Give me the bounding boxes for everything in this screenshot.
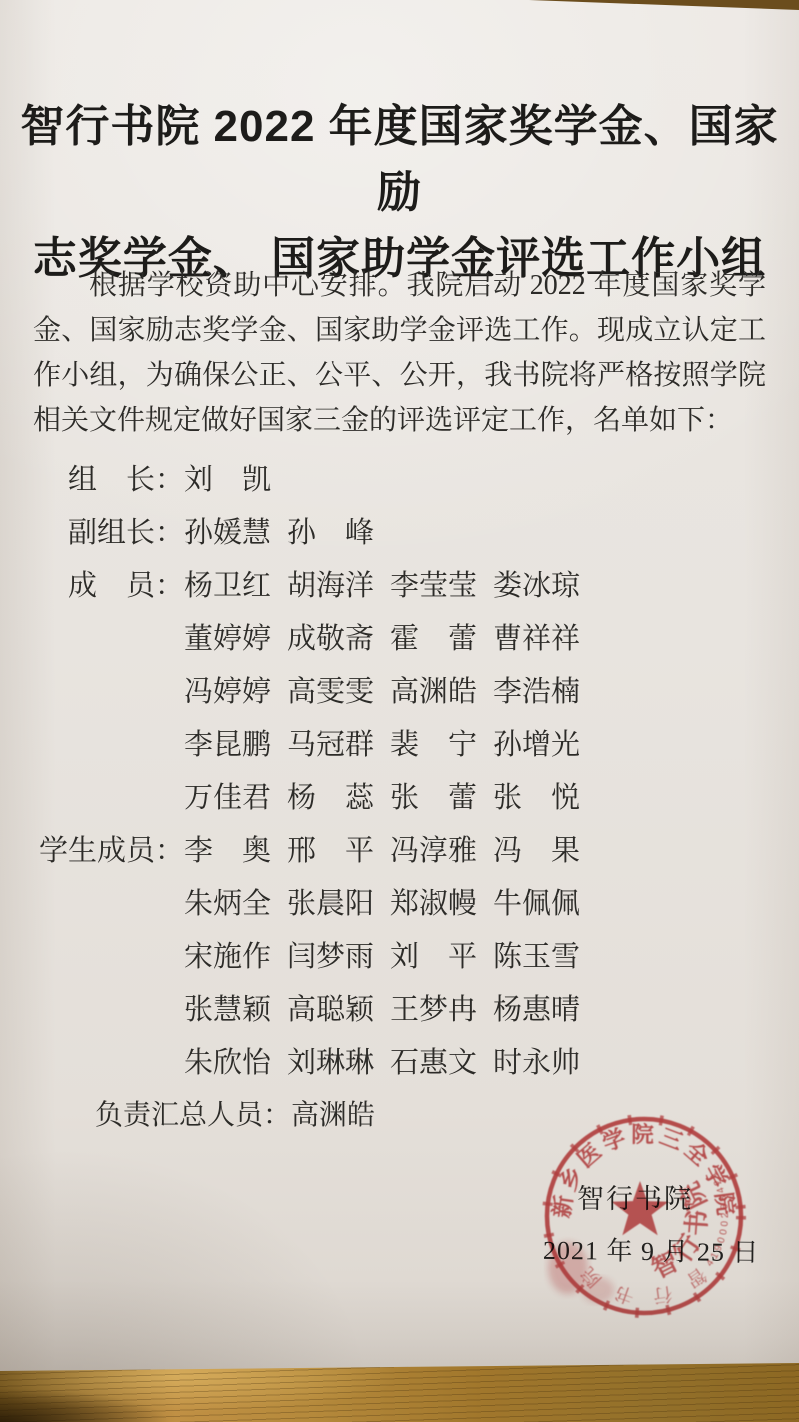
role-label: 副组长：	[38, 510, 184, 551]
member-name: 杨惠晴	[493, 987, 581, 1028]
member-name: 成敬斋	[287, 616, 375, 657]
member-name: 王梦冉	[390, 987, 478, 1028]
member-name: 刘琳琳	[287, 1040, 375, 1081]
role-label: 成 员：	[38, 563, 184, 604]
role-label: 组 长：	[38, 457, 184, 498]
roster-row: 学生成员：李 奥邢 平冯淳雅冯 果	[38, 822, 779, 875]
member-name: 郑淑幔	[390, 881, 478, 922]
member-name: 闫梦雨	[287, 934, 375, 975]
member-name: 李 奥	[184, 828, 272, 869]
member-name: 朱炳全	[184, 881, 272, 922]
roster-row: 张慧颖高聪颖王梦冉杨惠晴	[38, 981, 779, 1034]
title-line-1: 智行书院 2022 年度国家奖学金、国家励	[0, 94, 799, 226]
member-name: 邢 平	[287, 828, 375, 869]
roster-row: 朱欣怡刘琳琳石惠文时永帅	[38, 1034, 779, 1087]
roster-row: 冯婷婷高雯雯高渊皓李浩楠	[38, 663, 779, 716]
member-name: 冯淳雅	[390, 828, 478, 869]
member-name: 杨卫红	[184, 563, 272, 604]
member-name: 牛佩佩	[493, 881, 581, 922]
member-name: 高雯雯	[287, 669, 375, 710]
roster-row: 万佳君杨 蕊张 蕾张 悦	[38, 769, 779, 822]
seal-smudge	[548, 1242, 588, 1294]
roster-row: 朱炳全张晨阳郑淑幔牛佩佩	[38, 875, 779, 928]
member-name: 李浩楠	[493, 669, 581, 710]
intro-paragraph: 根据学校资助中心安排。我院启动 2022 年度国家奖学金、国家励志奖学金、国家助…	[33, 263, 766, 443]
seal-inner-text: 智行书院	[647, 1172, 713, 1284]
roster-row: 董婷婷成敬斋霍 蕾曹祥祥	[38, 610, 779, 663]
member-name: 裴 宁	[390, 722, 478, 763]
roster-row: 组 长：刘 凯	[38, 451, 779, 504]
member-name: 刘 平	[390, 934, 478, 975]
member-name: 李昆鹏	[184, 722, 272, 763]
paper-sheet: 智行书院 2022 年度国家奖学金、国家励 志奖学金、 国家助学金评选工作小组 …	[0, 0, 799, 1422]
member-name: 冯 果	[493, 828, 581, 869]
member-name: 万佳君	[184, 775, 272, 816]
official-seal-stamp: 新乡医学院三全学院 智行书院 419000263421 智行书院	[538, 1110, 750, 1322]
member-name: 孙 峰	[287, 510, 375, 551]
member-name: 胡海洋	[287, 563, 375, 604]
member-name: 张晨阳	[287, 881, 375, 922]
member-name: 石惠文	[390, 1040, 478, 1081]
member-name: 时永帅	[493, 1040, 581, 1081]
seal-smudge	[582, 1277, 614, 1303]
member-name: 娄冰琼	[493, 563, 581, 604]
member-name: 马冠群	[287, 722, 375, 763]
member-name: 刘 凯	[184, 457, 272, 498]
member-name: 杨 蕊	[287, 775, 375, 816]
member-name: 董婷婷	[184, 616, 272, 657]
member-name: 张 蕾	[390, 775, 478, 816]
member-name: 陈玉雪	[493, 934, 581, 975]
member-name: 张 悦	[493, 775, 581, 816]
member-name: 李莹莹	[390, 563, 478, 604]
seal-graphic: 新乡医学院三全学院 智行书院 419000263421 智行书院	[538, 1110, 750, 1322]
member-name: 曹祥祥	[493, 616, 581, 657]
roster-row: 宋施作闫梦雨刘 平陈玉雪	[38, 928, 779, 981]
wood-shadow	[0, 1382, 220, 1422]
member-name: 宋施作	[184, 934, 272, 975]
member-name: 张慧颖	[184, 987, 272, 1028]
member-name: 霍 蕾	[390, 616, 478, 657]
member-name: 朱欣怡	[184, 1040, 272, 1081]
roster: 组 长：刘 凯副组长：孙媛慧孙 峰成 员：杨卫红胡海洋李莹莹娄冰琼董婷婷成敬斋霍…	[38, 451, 779, 1087]
svg-text:智行书院: 智行书院	[647, 1172, 713, 1284]
member-name: 冯婷婷	[184, 669, 272, 710]
document-photo: 智行书院 2022 年度国家奖学金、国家励 志奖学金、 国家助学金评选工作小组 …	[0, 0, 799, 1422]
star-icon	[611, 1181, 668, 1235]
member-name: 高聪颖	[287, 987, 375, 1028]
roster-row: 成 员：杨卫红胡海洋李莹莹娄冰琼	[38, 557, 779, 610]
role-label: 学生成员：	[38, 828, 184, 869]
roster-row: 李昆鹏马冠群裴 宁孙增光	[38, 716, 779, 769]
member-name: 高渊皓	[390, 669, 478, 710]
member-name: 孙增光	[493, 722, 581, 763]
member-name: 孙媛慧	[184, 510, 272, 551]
summary-line: 负责汇总人员：高渊皓	[95, 1093, 375, 1133]
roster-row: 副组长：孙媛慧孙 峰	[38, 504, 779, 557]
